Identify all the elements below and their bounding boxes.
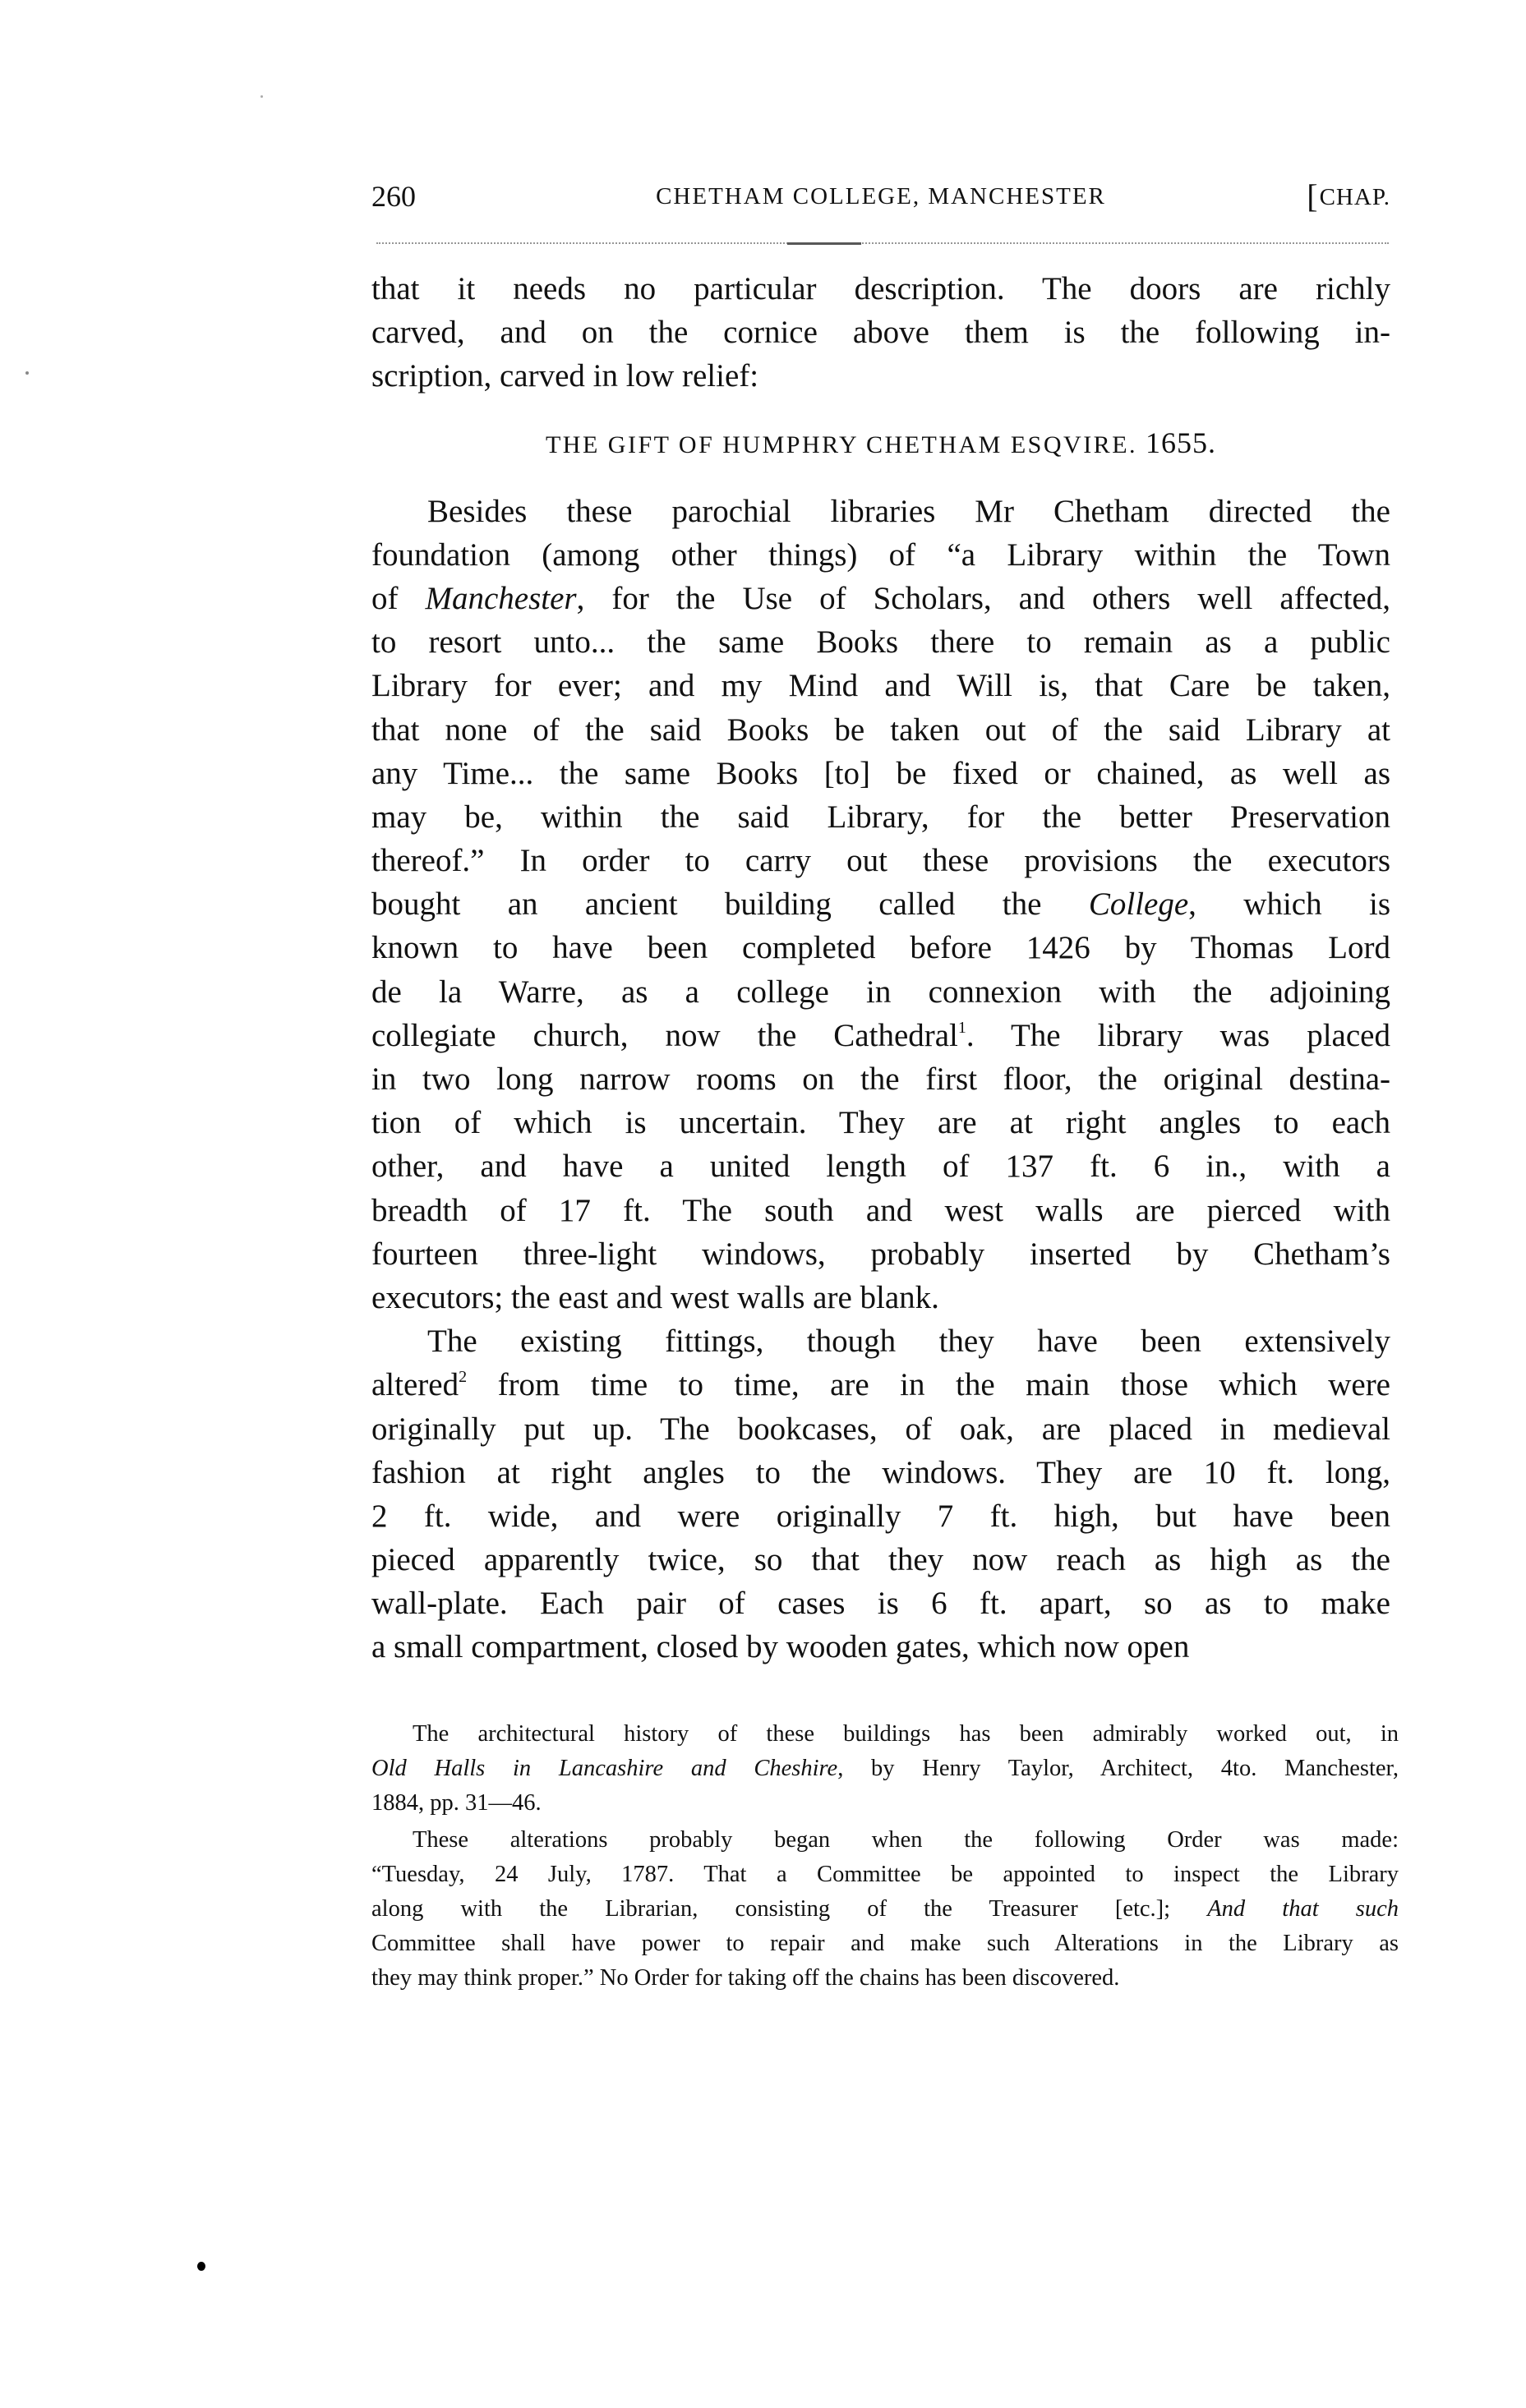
footnote-line: Committee shall have power to repair and… bbox=[371, 1927, 1399, 1961]
scan-speck bbox=[25, 371, 29, 375]
text-line: any Time... the same Books [to] be fixed… bbox=[371, 752, 1390, 795]
text-line: collegiate church, now the Cathedral1. T… bbox=[371, 1014, 1390, 1057]
chapter-label: CHAP. bbox=[1320, 184, 1390, 210]
text-line: pieced apparently twice, so that they no… bbox=[371, 1538, 1390, 1582]
italic-text: And that such bbox=[1207, 1896, 1399, 1922]
text-line: that none of the said Books be taken out… bbox=[371, 708, 1390, 752]
text-line: to resort unto... the same Books there t… bbox=[371, 620, 1390, 664]
text-line: foundation (among other things) of “a Li… bbox=[371, 533, 1390, 577]
footnote-1: The architectural history of these build… bbox=[371, 1717, 1399, 1821]
italic-text: Manchester bbox=[425, 581, 576, 616]
italic-text: College bbox=[1089, 886, 1188, 922]
inscription: THE GIFT OF HUMPHRY CHETHAM ESQVIRE. 165… bbox=[371, 421, 1390, 465]
text-line: de la Warre, as a college in connexion w… bbox=[371, 970, 1390, 1014]
footnote-line: The architectural history of these build… bbox=[371, 1717, 1399, 1752]
text-line: fourteen three-light windows, probably i… bbox=[371, 1232, 1390, 1276]
italic-text: Old Halls in Lancashire and Cheshire bbox=[371, 1756, 837, 1781]
text-line: Besides these parochial libraries Mr Che… bbox=[371, 490, 1390, 533]
body-text: that it needs no particular description.… bbox=[371, 267, 1390, 1669]
scan-speck bbox=[197, 2262, 205, 2271]
paragraph-2: Besides these parochial libraries Mr Che… bbox=[371, 490, 1390, 1320]
text-line: may be, within the said Library, for the… bbox=[371, 795, 1390, 839]
text-line: that it needs no particular description.… bbox=[371, 267, 1390, 311]
scan-speck bbox=[260, 95, 263, 98]
text-line: The existing fittings, though they have … bbox=[371, 1319, 1390, 1363]
text-line: altered2 from time to time, are in the m… bbox=[371, 1363, 1390, 1407]
page-number: 260 bbox=[371, 176, 416, 217]
text-line: carved, and on the cornice above them is… bbox=[371, 311, 1390, 354]
footnote-line: 1884, pp. 31—46. bbox=[371, 1786, 1399, 1821]
text-line: bought an ancient building called the Co… bbox=[371, 882, 1390, 926]
text-line: breadth of 17 ft. The south and west wal… bbox=[371, 1189, 1390, 1232]
text-line: in two long narrow rooms on the first fl… bbox=[371, 1057, 1390, 1101]
running-title: CHETHAM COLLEGE, MANCHESTER bbox=[474, 176, 1288, 217]
inscription-text: THE GIFT OF HUMPHRY CHETHAM ESQVIRE. bbox=[546, 431, 1137, 458]
inscription-year: 1655. bbox=[1146, 426, 1216, 459]
text-line: 2 ft. wide, and were originally 7 ft. hi… bbox=[371, 1494, 1390, 1538]
chapter-bracket: [ bbox=[1307, 177, 1318, 214]
footnote-line: Old Halls in Lancashire and Cheshire, by… bbox=[371, 1752, 1399, 1786]
text-line: Library for ever; and my Mind and Will i… bbox=[371, 664, 1390, 707]
paragraph-3: The existing fittings, though they have … bbox=[371, 1319, 1390, 1669]
paragraph-1: that it needs no particular description.… bbox=[371, 267, 1390, 398]
footnote-line: they may think proper.” No Order for tak… bbox=[371, 1961, 1399, 1996]
text-line: of Manchester, for the Use of Scholars, … bbox=[371, 577, 1390, 620]
header-rule bbox=[376, 242, 1389, 244]
text-line: thereof.” In order to carry out these pr… bbox=[371, 839, 1390, 882]
text-line: tion of which is uncertain. They are at … bbox=[371, 1101, 1390, 1144]
footnote-line: “Tuesday, 24 July, 1787. That a Committe… bbox=[371, 1858, 1399, 1892]
running-head: 260 CHETHAM COLLEGE, MANCHESTER [CHAP. bbox=[371, 176, 1390, 217]
text-line: other, and have a united length of 137 f… bbox=[371, 1144, 1390, 1188]
footnotes: The architectural history of these build… bbox=[371, 1717, 1399, 1996]
text-line: executors; the east and west walls are b… bbox=[371, 1276, 1390, 1319]
book-page: 260 CHETHAM COLLEGE, MANCHESTER [CHAP. t… bbox=[0, 0, 1526, 2408]
footnote-line: along with the Librarian, consisting of … bbox=[371, 1892, 1399, 1927]
footnote-line: These alterations probably began when th… bbox=[371, 1823, 1399, 1858]
text-line: a small compartment, closed by wooden ga… bbox=[371, 1625, 1390, 1669]
text-line: fashion at right angles to the windows. … bbox=[371, 1451, 1390, 1494]
footnote-2: These alterations probably began when th… bbox=[371, 1823, 1399, 1996]
header-rule-mark bbox=[787, 242, 861, 245]
text-line: scription, carved in low relief: bbox=[371, 354, 1390, 398]
text-line: originally put up. The bookcases, of oak… bbox=[371, 1407, 1390, 1451]
footnote-reference[interactable]: 2 bbox=[459, 1368, 467, 1386]
chapter-mark: [CHAP. bbox=[1307, 176, 1390, 218]
text-line: wall-plate. Each pair of cases is 6 ft. … bbox=[371, 1582, 1390, 1625]
text-line: known to have been completed before 1426… bbox=[371, 926, 1390, 969]
footnote-reference[interactable]: 1 bbox=[958, 1019, 966, 1037]
